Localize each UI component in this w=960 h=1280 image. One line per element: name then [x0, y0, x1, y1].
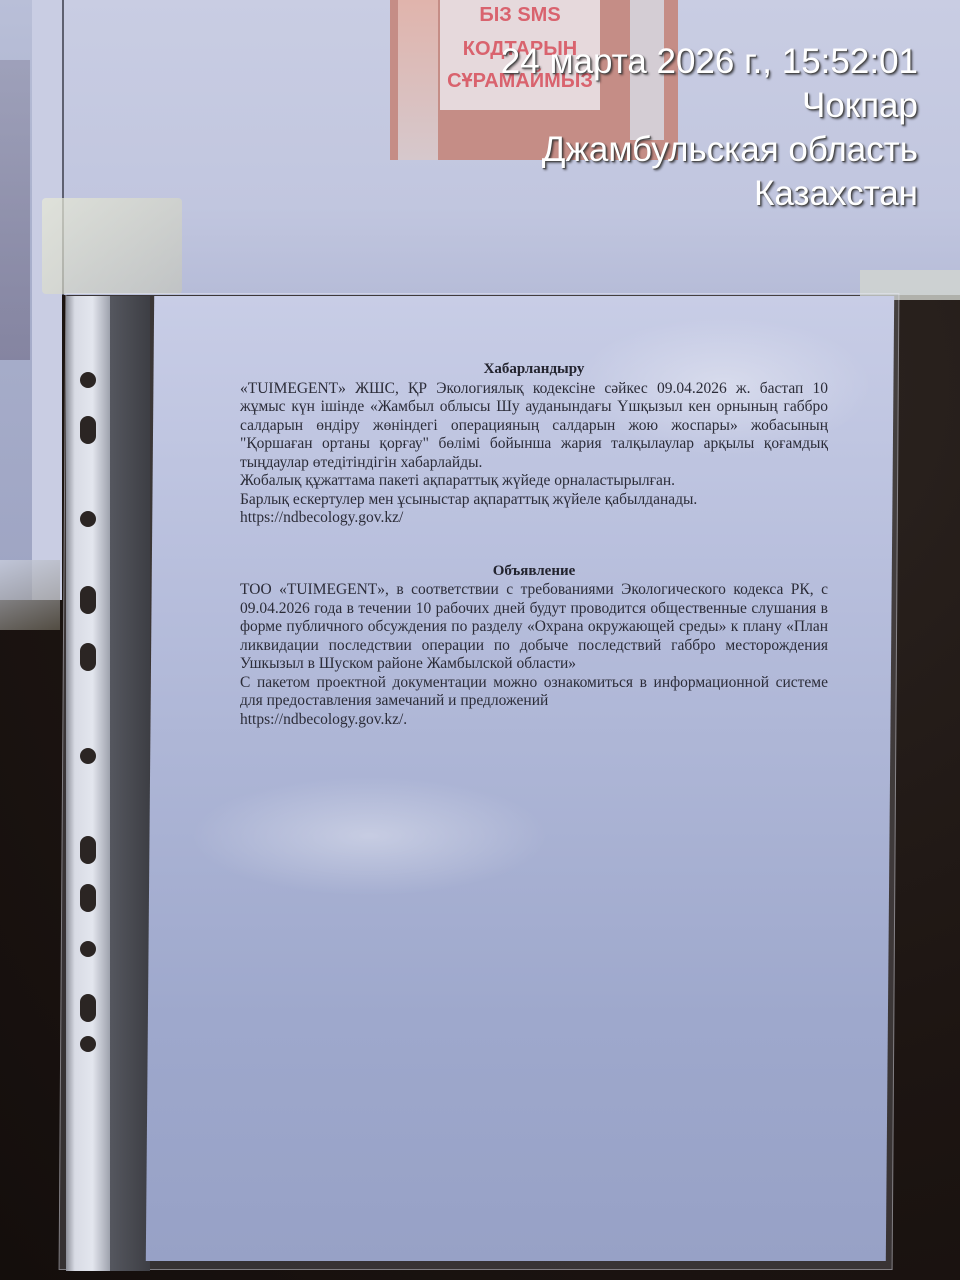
stamp-locality: Чокпар — [501, 84, 918, 128]
illustrated-figure — [398, 0, 438, 160]
kazakh-notice-body: «TUIMEGENT» ЖШС, ҚР Экологиялық кодексін… — [240, 380, 828, 473]
punch-hole — [80, 748, 96, 764]
punch-hole — [80, 1036, 96, 1052]
left-poster-shade — [0, 60, 30, 360]
adhesive-tape — [0, 560, 60, 630]
punch-hole — [80, 941, 96, 957]
stamp-datetime: 24 марта 2026 г., 15:52:01 — [501, 40, 918, 84]
russian-notice-body: ТОО «TUIMEGENT», в соответствии с требов… — [240, 581, 828, 674]
kazakh-notice-comments: Барлық ескертулер мен ұсыныстар ақпаратт… — [240, 491, 828, 510]
punch-hole — [80, 884, 96, 912]
sheet-protector-seam — [110, 296, 150, 1271]
photo-geo-timestamp: 24 марта 2026 г., 15:52:01 Чокпар Джамбу… — [501, 40, 918, 216]
sheet-protector-perforated-edge — [66, 296, 110, 1271]
punch-hole — [80, 586, 96, 614]
russian-notice-title: Объявление — [240, 562, 828, 581]
punch-hole — [80, 836, 96, 864]
punch-hole — [80, 416, 96, 444]
poster-line-1: БІЗ SMS — [440, 4, 600, 27]
punch-hole — [80, 372, 96, 388]
kazakh-notice-title: Хабарландыру — [240, 360, 828, 379]
punch-hole — [80, 643, 96, 671]
kazakh-notice-url: https://ndbecology.gov.kz/ — [240, 509, 828, 528]
stamp-country: Казахстан — [501, 172, 918, 216]
notice-document: Хабарландыру «TUIMEGENT» ЖШС, ҚР Экологи… — [240, 360, 828, 729]
stamp-region: Джамбульская область — [501, 128, 918, 172]
plastic-glare — [189, 776, 550, 896]
kazakh-notice-docs: Жобалық құжаттама пакеті ақпараттық жүйе… — [240, 472, 828, 491]
russian-notice-url: https://ndbecology.gov.kz/. — [240, 711, 828, 730]
punch-hole — [80, 994, 96, 1022]
punch-hole — [80, 511, 96, 527]
adhesive-tape — [42, 198, 182, 294]
left-poster-fragment — [0, 0, 62, 600]
left-poster-edge — [32, 0, 62, 600]
russian-notice-docs: С пакетом проектной документации можно о… — [240, 674, 828, 711]
